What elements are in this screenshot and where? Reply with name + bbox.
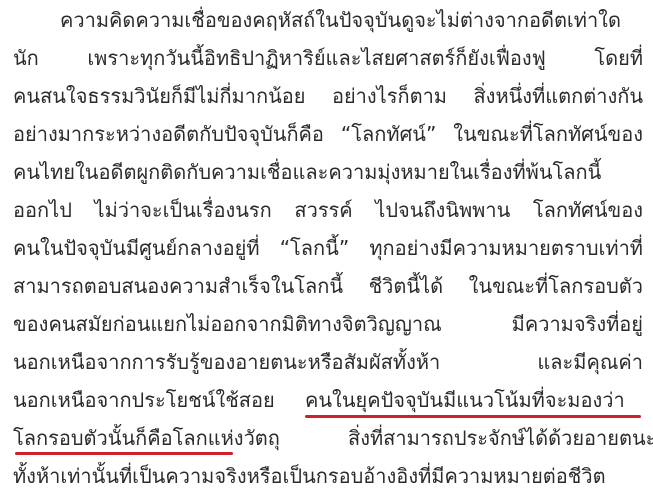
paragraph-line-1: ความคิดความเชื่อของคฤหัสถ์ในปัจจุบันดูจะ…: [60, 2, 643, 38]
paragraph-line-7: คนในปัจจุบันมีศูนย์กลางอยู่ที่ “โลกนี้” …: [13, 230, 643, 266]
paragraph-line-9: ของคนสมัยก่อนแยกไม่ออกจากมิติทางจิตวิญญา…: [13, 306, 643, 342]
paragraph-line-8: สามารถตอบสนองความสำเร็จในโลกนี้ ชีวิตนี้…: [13, 268, 643, 304]
paragraph-line-3: คนสนใจธรรมวินัยก็มีไม่กี่มากน้อย อย่างไร…: [13, 78, 643, 114]
paragraph-line-5: คนไทยในอดีตผูกติดกับความเชื่อและความมุ่ง…: [13, 154, 643, 190]
paragraph-line-10: นอกเหนือจากการรับรู้ของอายตนะหรือสัมผัสท…: [13, 344, 643, 380]
paragraph-line-11: นอกเหนือจากประโยชน์ใช้สอย คนในยุคปัจจุบั…: [13, 382, 643, 418]
paragraph-line-2: นัก เพราะทุกวันนี้อิทธิปาฏิหาริย์และไสยศ…: [13, 40, 643, 76]
paragraph-line-13: ทั้งห้าเท่านั้นที่เป็นความจริงหรือเป็นกร…: [13, 458, 643, 494]
highlighted-sentence-part-1: คนในยุคปัจจุบันมีแนวโน้มที่จะมองว่า: [305, 382, 625, 418]
red-underline-1: [305, 415, 641, 418]
paragraph-line-4: อย่างมากระหว่างอดีตกับปัจจุบันก็คือ “โลก…: [13, 116, 643, 152]
paragraph-line-12: โลกรอบตัวนั้นก็คือโลกแห่งวัตถุ สิ่งที่สา…: [13, 420, 643, 456]
document-page: ความคิดความเชื่อของคฤหัสถ์ในปัจจุบันดูจะ…: [0, 0, 653, 499]
highlighted-sentence-part-2: โลกรอบตัวนั้นก็คือโลกแห่งวัตถุ: [13, 426, 280, 450]
line-12-plain-text: สิ่งที่สามารถประจักษ์ได้ด้วยอายตนะ: [348, 420, 653, 456]
red-underline-2: [15, 452, 233, 455]
line-11-plain-text: นอกเหนือจากประโยชน์ใช้สอย: [13, 388, 275, 412]
paragraph-line-6: ออกไป ไม่ว่าจะเป็นเรื่องนรก สวรรค์ ไปจนถ…: [13, 192, 643, 228]
